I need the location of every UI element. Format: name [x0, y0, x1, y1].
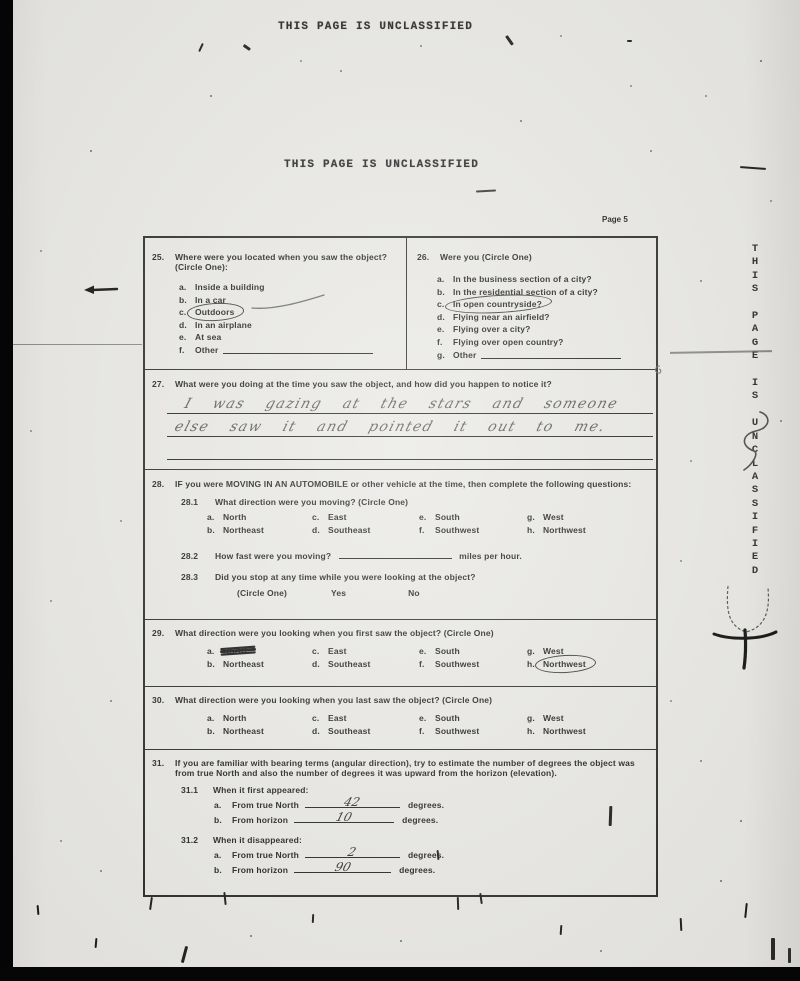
q30-option-a: a.North	[207, 712, 312, 725]
q312-number: 31.2	[181, 835, 213, 845]
q29-option-a-scribbled: a.North	[207, 645, 312, 658]
q283-circle-one: (Circle One)	[237, 588, 287, 598]
q27-answer-line-3	[167, 459, 653, 460]
q281-option-a: a.North	[207, 511, 312, 524]
q27-question: What were you doing at the time you saw …	[175, 379, 650, 389]
q27-answer-line-2	[167, 436, 653, 437]
question-29: 29. What direction were you looking when…	[145, 620, 656, 687]
q311a-letter: a.	[214, 800, 232, 810]
noise-mark	[505, 35, 513, 45]
q26-other-blank	[481, 349, 621, 359]
q29-direction-options: a.North b.Northeast c.East d.Southeast e…	[207, 645, 656, 671]
q312b-handwritten-value: 90	[333, 860, 353, 874]
questionnaire-form: 25. Where were you located when you saw …	[143, 236, 658, 897]
noise-mark	[744, 903, 748, 918]
q29-option-g: g.West	[527, 645, 656, 658]
q281-option-g: g.West	[527, 511, 656, 524]
noise-mark	[243, 44, 251, 51]
q27-number: 27.	[152, 379, 175, 389]
q25-circle-one: (Circle One):	[175, 262, 406, 272]
q25-other-blank	[223, 344, 373, 354]
q30-number: 30.	[152, 695, 175, 705]
q282-suffix: miles per hour.	[459, 551, 522, 561]
q311b-handwritten-value: 10	[334, 810, 354, 824]
q29-option-e: e.South	[419, 645, 527, 658]
noise-mark	[198, 43, 204, 52]
noise-mark	[457, 897, 459, 910]
noise-mark	[37, 905, 40, 915]
noise-mark	[627, 40, 632, 42]
q26-option-e: e.Flying over a city?	[437, 323, 656, 336]
question-31: 31. If you are familiar with bearing ter…	[145, 750, 656, 895]
left-arrow-mark	[84, 283, 120, 297]
q281-direction-options: a.North b.Northeast c.East d.Southeast e…	[207, 511, 656, 537]
pencil-swoosh-mark	[250, 292, 326, 312]
q311b-degrees: degrees.	[402, 815, 438, 825]
q282-number: 28.2	[181, 551, 215, 561]
pencil-scribble-mark: North	[223, 645, 246, 658]
q30-option-e: e.South	[419, 712, 527, 725]
pencil-squiggle-mark	[728, 406, 774, 478]
q281-number: 28.1	[181, 497, 215, 507]
q30-option-d: d.Southeast	[312, 725, 419, 738]
q25-number: 25.	[152, 252, 175, 262]
q25-option-e: e.At sea	[179, 331, 406, 344]
q311b-letter: b.	[214, 815, 232, 825]
noise-mark	[560, 925, 563, 935]
q29-option-c: c.East	[312, 645, 419, 658]
q281-question: What direction were you moving? (Circle …	[215, 497, 408, 507]
q30-option-b: b.Northeast	[207, 725, 312, 738]
q281-option-e: e.South	[419, 511, 527, 524]
q281-option-b: b.Northeast	[207, 524, 312, 537]
q312b-letter: b.	[214, 865, 232, 875]
question-28: 28. IF you were MOVING IN AN AUTOMOBILE …	[145, 470, 656, 620]
q282-question: How fast were you moving?	[215, 551, 331, 561]
q30-question: What direction were you looking when you…	[175, 695, 650, 705]
q283-number: 28.3	[181, 572, 215, 582]
q25-option-f: f.Other	[179, 344, 406, 357]
q30-direction-options: a.North b.Northeast c.East d.Southeast e…	[207, 712, 656, 738]
scan-edge-left	[0, 0, 13, 981]
q31-number: 31.	[152, 758, 175, 778]
q281-option-c: c.East	[312, 511, 419, 524]
q29-question: What direction were you looking when you…	[175, 628, 650, 638]
q283-question: Did you stop at any time while you were …	[215, 572, 476, 582]
q28-question: IF you were MOVING IN AN AUTOMOBILE or o…	[175, 479, 650, 489]
q283-yes: Yes	[331, 588, 346, 598]
q311a-blank: 42	[305, 798, 400, 808]
q25-question: Where were you located when you saw the …	[175, 252, 400, 262]
q311a-degrees: degrees.	[408, 800, 444, 810]
q311b-blank: 10	[294, 813, 394, 823]
q26-option-c-circled: c.In open countryside?	[437, 298, 656, 311]
question-30: 30. What direction were you looking when…	[145, 687, 656, 750]
q30-option-g: g.West	[527, 712, 656, 725]
q26-number: 26.	[417, 252, 440, 262]
ink-bracket-mark	[704, 578, 788, 682]
q312b-degrees: degrees.	[399, 865, 435, 875]
scan-scratch-line	[0, 344, 142, 345]
noise-mark	[740, 166, 766, 170]
q311a-handwritten-value: 42	[343, 795, 363, 809]
q29-option-b: b.Northeast	[207, 658, 312, 671]
q311-number: 31.1	[181, 785, 213, 795]
q29-option-d: d.Southeast	[312, 658, 419, 671]
q26-question: Were you (Circle One)	[440, 252, 650, 262]
q312a-handwritten-value: 2	[347, 845, 359, 859]
q312a-blank: 2	[305, 848, 400, 858]
noise-mark	[476, 189, 496, 192]
noise-mark	[771, 938, 775, 960]
unclassified-stamp-top: THIS PAGE IS UNCLASSIFIED	[278, 21, 473, 33]
question-27: 27. What were you doing at the time you …	[145, 370, 656, 470]
q312a-letter: a.	[214, 850, 232, 860]
noise-mark	[149, 897, 153, 910]
pencil-circle-mark: Northwest	[543, 658, 586, 671]
unclassified-stamp-middle: THIS PAGE IS UNCLASSIFIED	[284, 159, 479, 171]
q311-label: When it first appeared:	[213, 785, 309, 795]
q30-option-c: c.East	[312, 712, 419, 725]
q30-option-h: h.Northwest	[527, 725, 656, 738]
noise-mark	[312, 914, 314, 923]
q26-options: a.In the business section of a city? b.I…	[437, 273, 656, 361]
q27-handwritten-answer-1: I was gazing at the stars and someone	[183, 396, 621, 412]
noise-mark	[788, 948, 791, 963]
question-26: 26. Were you (Circle One) a.In the busin…	[407, 238, 656, 369]
q312b-label: From horizon	[232, 865, 288, 875]
q312b-blank: 90	[294, 863, 391, 873]
q282-speed-blank	[339, 549, 452, 559]
q311b-label: From horizon	[232, 815, 288, 825]
noise-mark	[181, 946, 188, 963]
q281-option-h: h.Northwest	[527, 524, 656, 537]
q29-option-h-circled: h.Northwest	[527, 658, 656, 671]
q281-option-f: f.Southwest	[419, 524, 527, 537]
q26-option-b: b.In the residential section of a city?	[437, 286, 656, 299]
q283-no: No	[408, 588, 420, 598]
q26-option-f: f.Flying over open country?	[437, 336, 656, 349]
section-q25-q26: 25. Where were you located when you saw …	[145, 238, 656, 370]
q27-handwritten-answer-2: else saw it and pointed it out to me.	[173, 419, 608, 435]
pencil-circle-mark: In open countryside?	[453, 298, 542, 311]
small-scribble-mark	[652, 364, 664, 376]
q28-number: 28.	[152, 479, 175, 489]
scan-edge-bottom	[0, 967, 800, 981]
q312a-label: From true North	[232, 850, 299, 860]
q30-option-f: f.Southwest	[419, 725, 527, 738]
noise-mark	[680, 918, 683, 931]
q281-option-d: d.Southeast	[312, 524, 419, 537]
page-number-label: Page 5	[602, 215, 628, 224]
pencil-circle-mark: Outdoors	[195, 306, 234, 319]
q27-answer-line-1	[167, 413, 653, 414]
q29-option-f: f.Southwest	[419, 658, 527, 671]
q283-answer-row: (Circle One) Yes No	[237, 588, 656, 598]
q312-label: When it disappeared:	[213, 835, 302, 845]
q31-question: If you are familiar with bearing terms (…	[175, 758, 650, 778]
q29-number: 29.	[152, 628, 175, 638]
q26-option-g: g.Other	[437, 349, 656, 362]
noise-mark	[95, 938, 98, 948]
q311a-label: From true North	[232, 800, 299, 810]
q26-option-a: a.In the business section of a city?	[437, 273, 656, 286]
